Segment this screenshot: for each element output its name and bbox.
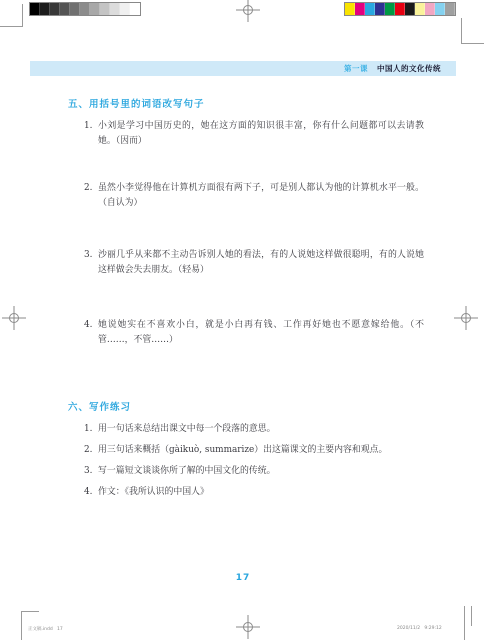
crop-mark [461,18,462,44]
color-swatch [375,3,385,15]
color-swatch [120,3,130,15]
crop-mark [22,4,23,27]
color-calibration-bar [345,3,455,15]
item-number: 3. [84,248,98,277]
section-five-heading: 五、用括号里的词语改写句子 [68,96,205,110]
color-swatch [40,3,50,15]
exercise-item: 4. 她说她实在不喜欢小白，就是小白再有钱、工作再好她也不愿意嫁给他。（不管……… [84,318,424,347]
exercise-item: 4. 作文：《我所认识的中国人》 [84,486,436,499]
exercise-item: 2. 用三句话来概括（gàikuò, summarize）出这篇课文的主要内容和… [84,444,436,457]
item-text: 小刘是学习中国历史的，她在这方面的知识很丰富，你有什么问题都可以去请教她。（因而… [98,119,424,148]
item-text: 用一句话来总结出课文中每一个段落的意思。 [98,423,436,436]
item-number: 3. [84,465,98,478]
item-number: 2. [84,181,98,210]
crop-mark [471,606,472,626]
color-swatch [80,3,90,15]
color-swatch [30,3,40,15]
item-text: 虽然小李觉得他在计算机方面很有两下子，可是别人都认为他的计算机水平一般。（自认为… [98,181,424,210]
exercise-item: 1. 用一句话来总结出课文中每一个段落的意思。 [84,423,436,436]
page-header: 第一课 中国人的文化传统 [30,61,456,76]
crop-mark [464,606,465,640]
exercise-item: 2. 虽然小李觉得他在计算机方面很有两下子，可是别人都认为他的计算机水平一般。（… [84,181,424,210]
item-text: 沙丽几乎从来都不主动告诉别人她的看法，有的人说她这样做很聪明，有的人说她这样做会… [98,248,424,277]
crop-mark [21,611,22,640]
item-text: 用三句话来概括（gàikuò, summarize）出这篇课文的主要内容和观点。 [98,444,436,457]
registration-mark-icon [2,306,26,330]
crop-mark [21,611,39,612]
color-swatch [355,3,365,15]
color-swatch [60,3,70,15]
exercise-item: 3. 沙丽几乎从来都不主动告诉别人她的看法，有的人说她这样做很聪明，有的人说她这… [84,248,424,277]
lesson-number-label: 第一课 [344,63,368,74]
color-swatch [365,3,375,15]
color-swatch [110,3,120,15]
grayscale-calibration-bar [30,3,140,15]
registration-mark-icon [454,306,478,330]
color-swatch [70,3,80,15]
exercise-item: 1. 小刘是学习中国历史的，她在这方面的知识很丰富，你有什么问题都可以去请教她。… [84,119,424,148]
item-number: 4. [84,486,98,499]
color-swatch [415,3,425,15]
color-swatch [100,3,110,15]
color-swatch [435,3,445,15]
crop-mark [0,26,22,27]
color-swatch [345,3,355,15]
lesson-title: 中国人的文化传统 [377,63,441,74]
print-time-stamp: 2020/11/2 9:29:12 [397,626,442,631]
color-swatch [385,3,395,15]
color-swatch [130,3,140,15]
item-number: 1. [84,119,98,148]
item-number: 1. [84,423,98,436]
item-text: 她说她实在不喜欢小白，就是小白再有钱、工作再好她也不愿意嫁给他。（不管……，不管… [98,318,424,347]
page-number: 17 [0,573,486,583]
exercise-item: 3. 写一篇短文谈谈你所了解的中国文化的传统。 [84,465,436,478]
print-file-stamp: 正文稿.indd 17 [28,626,63,632]
registration-mark-icon [236,615,260,639]
item-text: 作文：《我所认识的中国人》 [98,486,436,499]
registration-mark-icon [236,0,260,22]
writing-exercise-list: 1. 用一句话来总结出课文中每一个段落的意思。 2. 用三句话来概括（gàiku… [84,423,436,507]
item-text: 写一篇短文谈谈你所了解的中国文化的传统。 [98,465,436,478]
item-number: 2. [84,444,98,457]
color-swatch [50,3,60,15]
color-swatch [445,3,455,15]
color-swatch [425,3,435,15]
color-swatch [395,3,405,15]
color-swatch [405,3,415,15]
color-swatch [90,3,100,15]
crop-mark [461,43,484,44]
textbook-page: 第一课 中国人的文化传统 五、用括号里的词语改写句子 1. 小刘是学习中国历史的… [0,0,486,640]
item-number: 4. [84,318,98,347]
section-six-heading: 六、写作练习 [68,399,131,413]
